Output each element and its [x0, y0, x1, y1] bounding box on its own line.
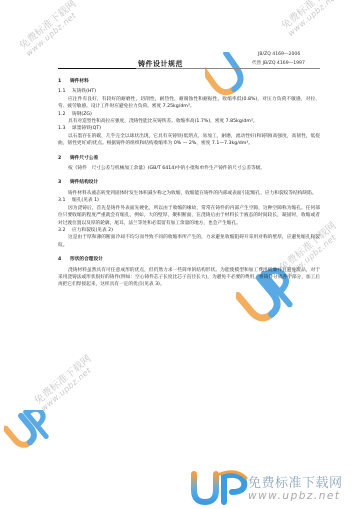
- document-page: 免费标准下载网 www.upbz.net 免费标准下载网 www.upbz.ne…: [0, 0, 360, 509]
- watermark-top-right: 免费标准下载网 www.upbz.net: [280, 0, 345, 38]
- section-number: 2: [58, 155, 70, 162]
- subsection-number: 3.2: [58, 227, 72, 234]
- section-title: 铸件尺寸公差: [70, 156, 98, 161]
- paragraph: 具有对造型性和高拉应强度，浇铸性能比灰铸铁差。收缩率高(1.7%)，密度 7.8…: [58, 118, 320, 125]
- subsection-title: 铸钢(ZG): [72, 112, 92, 117]
- subsection-title: 缩孔(见表 1): [72, 198, 99, 203]
- paragraph: 浇铸材料虽然具有可任意成形的优点，但仍然力求一些简单的结构形状。为能使模型和加工…: [58, 267, 320, 289]
- header-rule-right: [136, 68, 320, 69]
- footer-site-name: 免费标准下载网: [248, 472, 343, 491]
- watermark-top-left: 免费标准下载网 www.upbz.net: [18, 0, 83, 58]
- paragraph: 这是由于厚和薄的断面冷却不均匀而导致不同的收缩率所产生的，力求避免收缩阻碍开采用…: [58, 234, 320, 249]
- paragraph: 以石墨存在的碳，几乎完全以球状出现，它具有灰铸铁(低熔点，易加工，耐磨，流动性好…: [58, 133, 320, 148]
- subsection-number: 3.1: [58, 197, 72, 204]
- subsection-number: 1.3: [58, 125, 72, 132]
- section-title: 铸件结构设计: [70, 180, 98, 185]
- subsection-number: 1.2: [58, 111, 72, 118]
- up-logo-watermark-bottom: [4, 410, 54, 450]
- subsection-heading: 3.2应力和裂纹(见表 2): [58, 227, 320, 234]
- section-heading: 1铸件材料: [58, 78, 320, 85]
- subsection-heading: 1.2铸钢(ZG): [58, 111, 320, 118]
- section-number: 3: [58, 179, 70, 186]
- document-body: 1铸件材料 1.1灰铸铁(HT) 应注件有良好，有较好的耐磨性，切削性，耐热性，…: [58, 78, 320, 289]
- section-heading: 3铸件结构设计: [58, 179, 320, 186]
- paragraph: 应注件有良好，有较好的耐磨性，切削性，耐热性，耐腐蚀性和耐振性。收缩率低(0.8…: [58, 96, 320, 111]
- header-rule-left: [58, 68, 136, 69]
- subsection-title: 灰铸铁(HT): [72, 89, 96, 94]
- section-title: 铸件材料: [70, 79, 89, 84]
- section-heading: 4形状的合理设计: [58, 256, 320, 263]
- subsection-heading: 1.1灰铸铁(HT): [58, 88, 320, 95]
- watermark-bottom-left: 免费标准下载网 www.upbz.net: [33, 354, 98, 413]
- paragraph: 按《铸件 尺寸公差与机械加工余量》(GB/T 6414)中的小批和单件生产铸件的…: [58, 165, 320, 172]
- section-number: 1: [58, 78, 70, 85]
- footer-site-url[interactable]: www.upbz.net: [248, 490, 341, 502]
- section-title: 形状的合理设计: [70, 257, 103, 262]
- subsection-number: 1.1: [58, 88, 72, 95]
- paragraph: 因为浇铸后，首先是铸件外表面先硬化，所以由于收缩的缘故，常常在铸件的内部产生空隙…: [58, 205, 320, 227]
- replaces-code: 代替 JB/ZQ 4169—1997: [252, 60, 305, 66]
- standard-code: JB/ZQ 4169—2006: [258, 52, 300, 57]
- paragraph: 铸件材料从液态转变到固体时发生体积减少称之为收缩，收缩能在铸件的内部或表面引起缩…: [58, 190, 320, 197]
- subsection-heading: 1.3球墨铸铁(QT): [58, 125, 320, 132]
- subsection-title: 应力和裂纹(见表 2): [72, 228, 113, 233]
- subsection-title: 球墨铸铁(QT): [72, 126, 101, 131]
- section-heading: 2铸件尺寸公差: [58, 155, 320, 162]
- watermark-cn: 免费标准下载网: [18, 0, 77, 51]
- subsection-heading: 3.1缩孔(见表 1): [58, 197, 320, 204]
- section-number: 4: [58, 256, 70, 263]
